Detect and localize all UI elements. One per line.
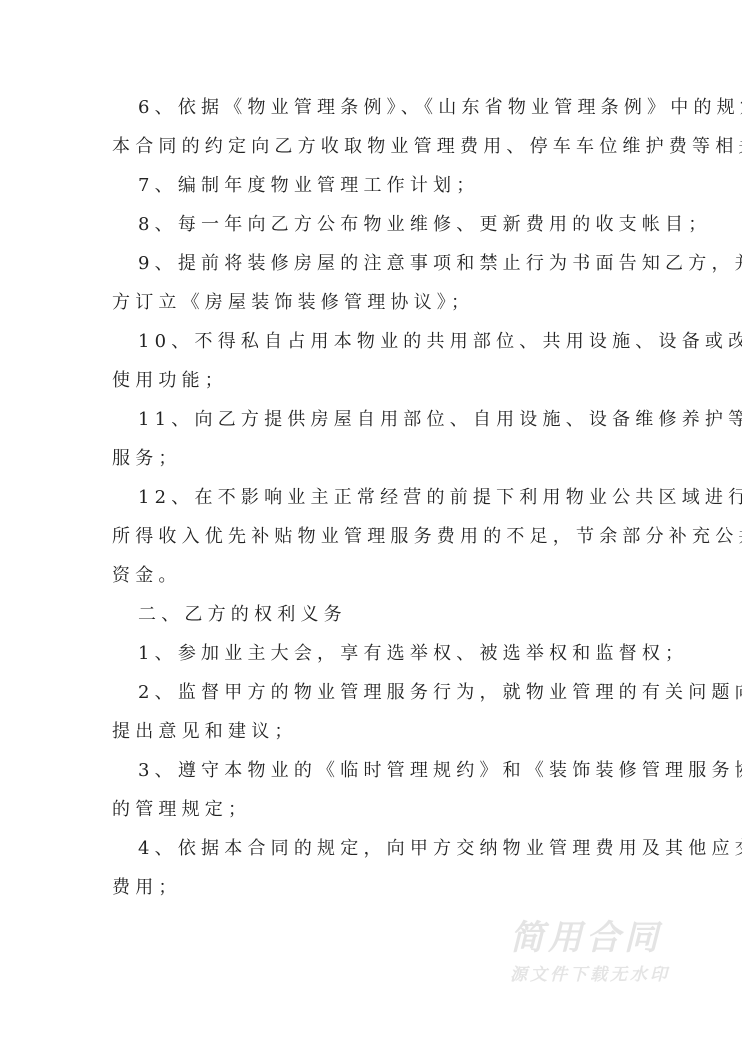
text-line: 提出意见和建议； xyxy=(112,712,642,751)
text-line: 11、向乙方提供房屋自用部位、自用设施、设备维修养护等有偿 xyxy=(138,400,668,439)
text-line: 费用； xyxy=(112,868,642,907)
text-line: 资金。 xyxy=(112,556,642,595)
text-line: 1、参加业主大会，享有选举权、被选举权和监督权； xyxy=(138,634,668,673)
text-line: 7、编制年度物业管理工作计划； xyxy=(138,166,668,205)
watermark-subtitle: 源文件下载无水印 xyxy=(510,960,710,990)
text-line: 所得收入优先补贴物业管理服务费用的不足，节余部分补充公共维修 xyxy=(112,517,642,556)
text-line: 9、提前将装修房屋的注意事项和禁止行为书面告知乙方，并与乙 xyxy=(138,244,668,283)
text-line: 的管理规定； xyxy=(112,790,642,829)
text-line: 使用功能； xyxy=(112,361,642,400)
text-line: 本合同的约定向乙方收取物业管理费用、停车车位维护费等相关费用； xyxy=(112,127,642,166)
text-line: 3、遵守本物业的《临时管理规约》和《装饰装修管理服务协议》 xyxy=(138,751,668,790)
text-line: 12、在不影响业主正常经营的前提下利用物业公共区域进行经营， xyxy=(138,478,668,517)
document-page: 6、依据《物业管理条例》、《山东省物业管理条例》中的规定和 本合同的约定向乙方收… xyxy=(0,0,742,1049)
text-line: 方订立《房屋装饰装修管理协议》； xyxy=(112,283,642,322)
text-line: 10、不得私自占用本物业的共用部位、共用设施、设备或改变其 xyxy=(138,322,668,361)
section-heading: 二、乙方的权利义务 xyxy=(138,595,668,634)
text-line: 4、依据本合同的规定，向甲方交纳物业管理费用及其他应交纳的 xyxy=(138,829,668,868)
watermark: 简用合同 源文件下载无水印 xyxy=(510,918,710,990)
text-line: 2、监督甲方的物业管理服务行为，就物业管理的有关问题向甲方 xyxy=(138,673,668,712)
text-line: 服务； xyxy=(112,439,642,478)
text-line: 8、每一年向乙方公布物业维修、更新费用的收支帐目； xyxy=(138,205,668,244)
text-line: 6、依据《物业管理条例》、《山东省物业管理条例》中的规定和 xyxy=(138,88,668,127)
watermark-title: 简用合同 xyxy=(510,918,710,958)
